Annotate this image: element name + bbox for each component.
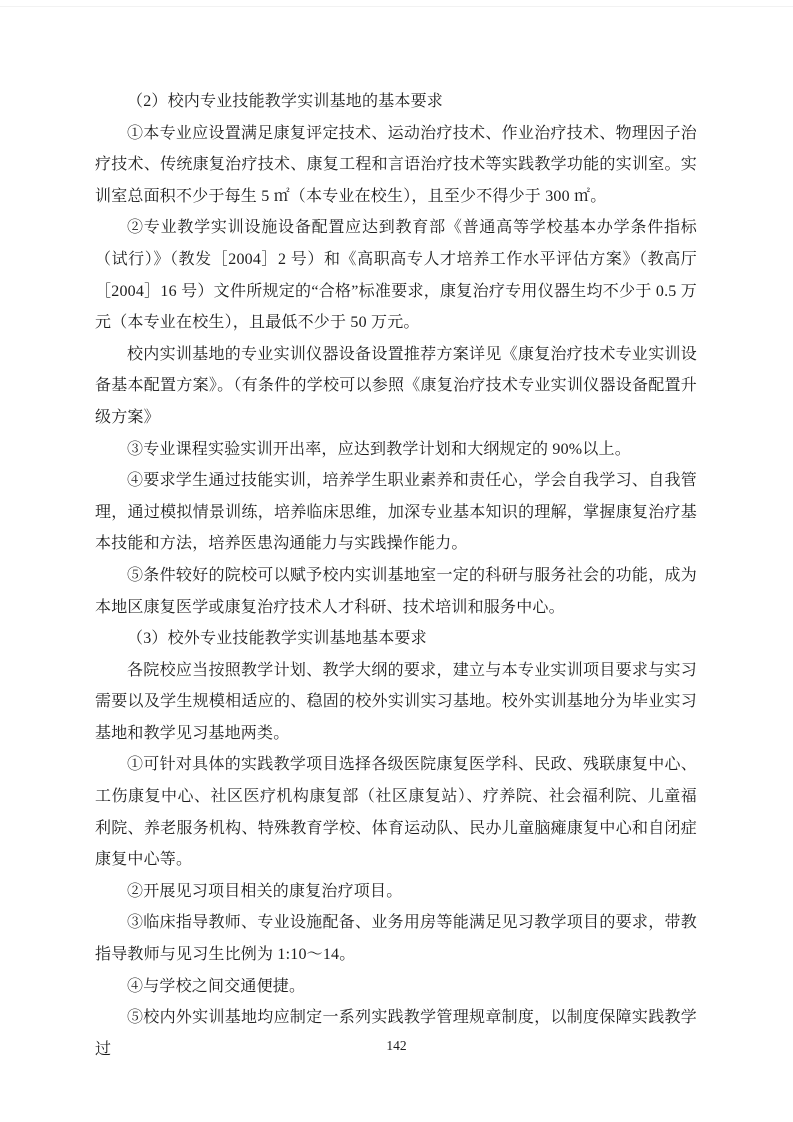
- paragraph: ④与学校之间交通便捷。: [95, 971, 697, 1003]
- paragraph: ②专业教学实训设施设备配置应达到教育部《普通高等学校基本办学条件指标（试行）》（…: [95, 212, 697, 338]
- paragraph: 校内实训基地的专业实训仪器设备设置推荐方案详见《康复治疗技术专业实训设备基本配置…: [95, 339, 697, 434]
- paragraph: ②开展见习项目相关的康复治疗项目。: [95, 876, 697, 908]
- paragraph: ①本专业应设置满足康复评定技术、运动治疗技术、作业治疗技术、物理因子治疗技术、传…: [95, 118, 697, 213]
- paragraph: ①可针对具体的实践教学项目选择各级医院康复医学科、民政、残联康复中心、工伤康复中…: [95, 749, 697, 875]
- paragraph: ⑤条件较好的院校可以赋予校内实训基地室一定的科研与服务社会的功能，成为本地区康复…: [95, 560, 697, 623]
- document-body: （2）校内专业技能教学实训基地的基本要求①本专业应设置满足康复评定技术、运动治疗…: [95, 86, 697, 1065]
- paragraph: ③专业课程实验实训开出率，应达到教学计划和大纲规定的 90%以上。: [95, 434, 697, 466]
- paragraph: 各院校应当按照教学计划、教学大纲的要求，建立与本专业实训项目要求与实习需要以及学…: [95, 655, 697, 750]
- page-number: 142: [0, 1036, 793, 1056]
- document-page: （2）校内专业技能教学实训基地的基本要求①本专业应设置满足康复评定技术、运动治疗…: [0, 0, 793, 1122]
- page-top-edge: [0, 6, 793, 7]
- paragraph: ③临床指导教师、专业设施配备、业务用房等能满足见习教学项目的要求，带教指导教师与…: [95, 907, 697, 970]
- paragraph: ④要求学生通过技能实训，培养学生职业素养和责任心，学会自我学习、自我管理，通过模…: [95, 465, 697, 560]
- paragraph: （2）校内专业技能教学实训基地的基本要求: [95, 86, 697, 118]
- paragraph: （3）校外专业技能教学实训基地基本要求: [95, 623, 697, 655]
